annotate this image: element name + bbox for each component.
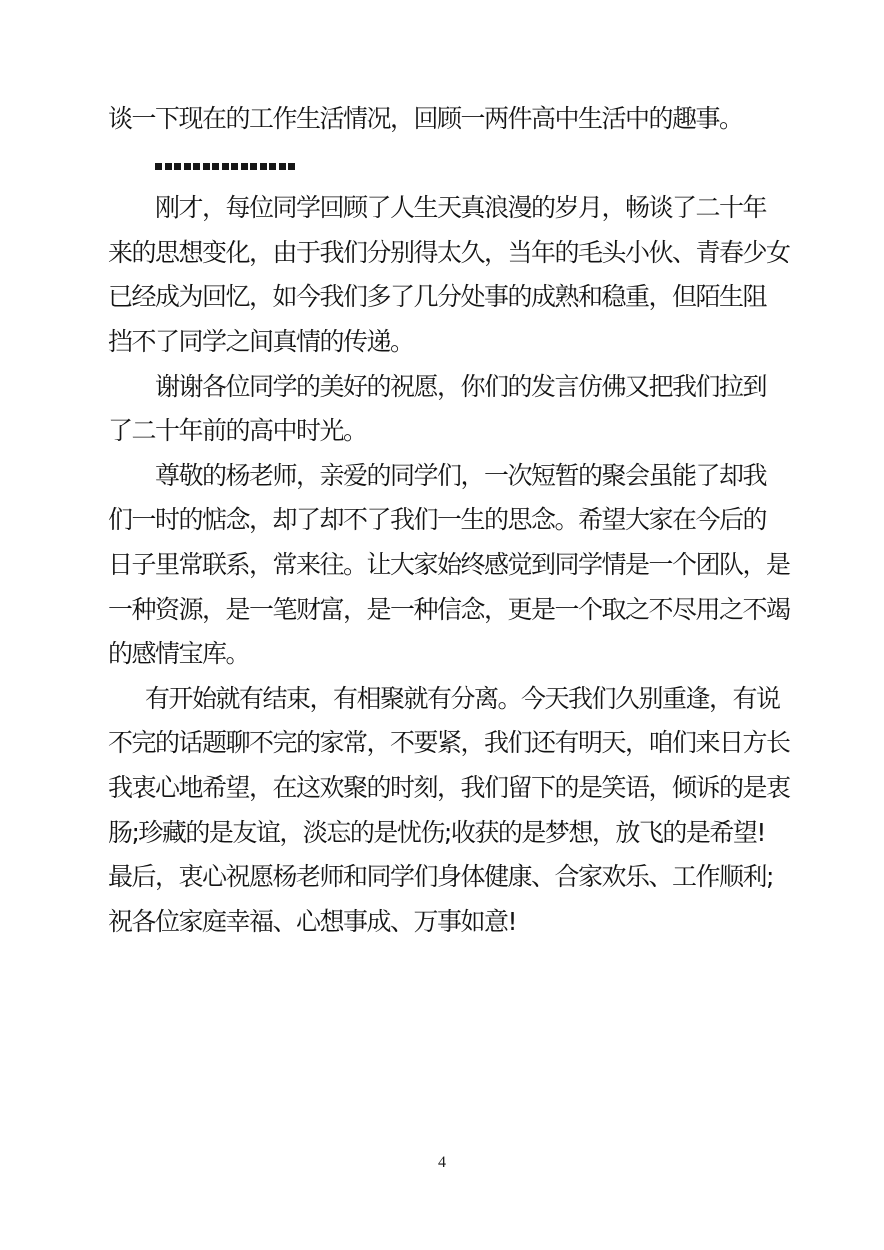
square-dot-icon bbox=[184, 163, 191, 170]
text-line: 的感情宝库。 bbox=[108, 632, 808, 677]
square-dot-icon bbox=[203, 163, 210, 170]
square-dot-icon bbox=[222, 163, 229, 170]
text-line: 日子里常联系，常来往。让大家始终感觉到同学情是一个团队，是 bbox=[108, 543, 808, 588]
document-body: 谈一下现在的工作生活情况，回顾一两件高中生活中的趣事。刚才，每位同学回顾了人生天… bbox=[108, 97, 808, 944]
square-dot-icon bbox=[165, 163, 172, 170]
text-line: 来的思想变化，由于我们分别得太久，当年的毛头小伙、青春少女 bbox=[108, 231, 808, 276]
text-line: 谈一下现在的工作生活情况，回顾一两件高中生活中的趣事。 bbox=[108, 97, 808, 142]
square-dot-icon bbox=[269, 163, 276, 170]
text-line: 谢谢各位同学的美好的祝愿，你们的发言仿佛又把我们拉到 bbox=[108, 365, 808, 410]
text-line: 我衷心地希望，在这欢聚的时刻，我们留下的是笑语，倾诉的是衷 bbox=[108, 766, 808, 811]
text-line: 了二十年前的高中时光。 bbox=[108, 409, 808, 454]
text-line: 刚才，每位同学回顾了人生天真浪漫的岁月，畅谈了二十年 bbox=[108, 186, 808, 231]
square-dot-icon bbox=[231, 163, 238, 170]
text-line: 最后，衷心祝愿杨老师和同学们身体健康、合家欢乐、工作顺利; bbox=[108, 855, 808, 900]
square-dot-icon bbox=[288, 163, 295, 170]
text-line: 肠;珍藏的是友谊，淡忘的是忧伤;收获的是梦想，放飞的是希望! bbox=[108, 811, 808, 856]
text-line: 尊敬的杨老师，亲爱的同学们，一次短暂的聚会虽能了却我 bbox=[108, 454, 808, 499]
text-line: 们一时的惦念，却了却不了我们一生的思念。希望大家在今后的 bbox=[108, 498, 808, 543]
square-dot-icon bbox=[260, 163, 267, 170]
square-dot-icon bbox=[212, 163, 219, 170]
text-line: 挡不了同学之间真情的传递。 bbox=[108, 320, 808, 365]
square-dot-icon bbox=[250, 163, 257, 170]
text-line: 祝各位家庭幸福、心想事成、万事如意! bbox=[108, 900, 808, 945]
square-dot-icon bbox=[241, 163, 248, 170]
square-dot-icon bbox=[279, 163, 286, 170]
ellipsis-dots-line bbox=[108, 142, 808, 187]
page-number: 4 bbox=[0, 1154, 884, 1172]
document-page: 谈一下现在的工作生活情况，回顾一两件高中生活中的趣事。刚才，每位同学回顾了人生天… bbox=[0, 0, 884, 1250]
square-dot-icon bbox=[174, 163, 181, 170]
text-line: 不完的话题聊不完的家常，不要紧，我们还有明天，咱们来日方长 bbox=[108, 721, 808, 766]
text-line: 有开始就有结束，有相聚就有分离。今天我们久别重逢，有说 bbox=[108, 677, 808, 722]
square-dot-icon bbox=[155, 163, 162, 170]
text-line: 已经成为回忆，如今我们多了几分处事的成熟和稳重，但陌生阻 bbox=[108, 275, 808, 320]
square-dot-icon bbox=[193, 163, 200, 170]
text-line: 一种资源，是一笔财富，是一种信念，更是一个取之不尽用之不竭 bbox=[108, 588, 808, 633]
